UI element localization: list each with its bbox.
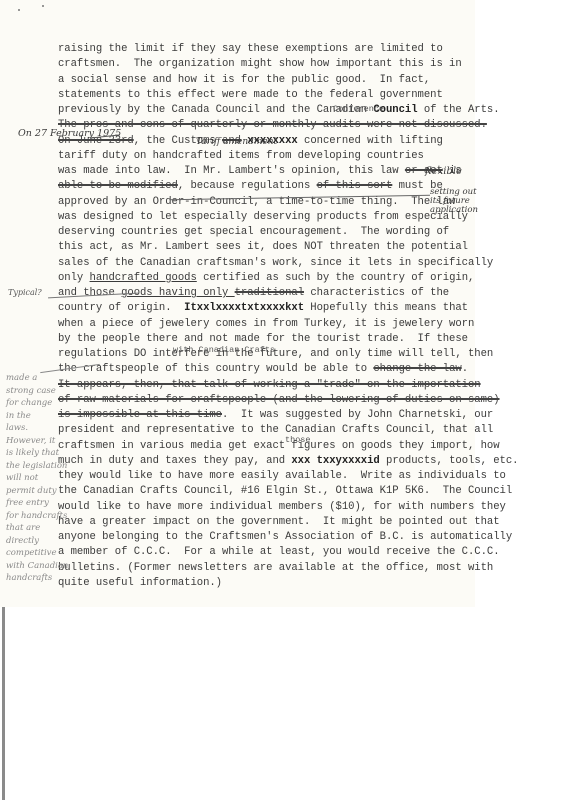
text-segment: a social sense and how it is for the pub… <box>58 74 430 86</box>
text-segment: anyone belonging to the Craftsmen's Asso… <box>58 531 512 543</box>
struck-text: able to be modified <box>58 180 178 192</box>
page-edge-shadow <box>2 607 5 800</box>
typed-line: craftsmen in various media get exact fig… <box>58 439 478 454</box>
text-segment: . <box>462 363 468 375</box>
typed-line: anyone belonging to the Craftsmen's Asso… <box>58 530 478 545</box>
text-segment: was made into law. In Mr. Lambert's opin… <box>58 165 405 177</box>
underlined-text: handcrafted goods <box>90 272 197 284</box>
typed-line: is impossible at this time. It was sugge… <box>58 408 478 423</box>
insertion-those: those <box>285 436 311 445</box>
struck-text: traditional <box>235 287 304 299</box>
text-segment: president and representative to the Cana… <box>58 424 493 436</box>
typed-line: country of origin. Itxxlxxxxtxtxxxxkxt H… <box>58 301 478 316</box>
handwritten-typical-note: Typical? <box>8 288 42 298</box>
speck <box>42 5 44 7</box>
typed-line: craftsmen. The organization might show h… <box>58 57 478 72</box>
text-segment: sales of the Canadian craftsman's work, … <box>58 257 493 269</box>
underlined-text: goods having only <box>121 287 235 299</box>
text-segment: would like to have more individual membe… <box>58 501 506 513</box>
text-segment: much in duty and taxes they pay, and <box>58 455 291 467</box>
text-segment: when a piece of jewelery comes in from T… <box>58 318 474 330</box>
typed-line: much in duty and taxes they pay, and xxx… <box>58 454 478 469</box>
typed-line: able to be modified, because regulations… <box>58 179 478 194</box>
text-segment: of the Arts. <box>418 104 500 116</box>
typed-over-text: xxx <box>291 455 310 467</box>
text-segment: a member of C.C.C. For a while at least,… <box>58 546 500 558</box>
text-segment: concerned with lifting <box>298 135 443 147</box>
typed-line: deserving countries get special encourag… <box>58 225 478 240</box>
text-segment: country of origin. <box>58 302 184 314</box>
typed-body-text: raising the limit if they say these exem… <box>58 42 478 591</box>
text-segment: quite useful information.) <box>58 577 222 589</box>
text-segment: the craftspeople of this country would b… <box>58 363 373 375</box>
typed-line: have a greater impact on the government.… <box>58 515 478 530</box>
text-segment: they would like to have more easily avai… <box>58 470 506 482</box>
typed-line: they would like to have more easily avai… <box>58 469 478 484</box>
typed-line: the craftspeople of this country would b… <box>58 362 478 377</box>
text-segment: deserving countries get special encourag… <box>58 226 449 238</box>
insertion-conference: Conference <box>333 105 384 114</box>
typed-line: tariff duty on handcrafted items from de… <box>58 149 478 164</box>
text-segment: . It was suggested by John Charnetski, o… <box>222 409 493 421</box>
typed-line: It appears, then, that talk of working a… <box>58 378 478 393</box>
struck-text: The pros and cons of quarterly or monthl… <box>58 119 487 131</box>
text-segment: only <box>58 272 90 284</box>
typed-over-text: txxyxxxxid <box>317 455 380 467</box>
text-segment: previously by the Canada Council and the… <box>58 104 373 116</box>
typed-line: the Canadian Crafts Council, #16 Elgin S… <box>58 484 478 499</box>
typed-line: this act, as Mr. Lambert sees it, does N… <box>58 240 478 255</box>
typed-over-text: Itxxlxxxxtxtxxxxkxt <box>184 302 304 314</box>
typed-line: president and representative to the Cana… <box>58 423 478 438</box>
typed-line: would like to have more individual membe… <box>58 500 478 515</box>
text-segment: have a greater impact on the government.… <box>58 516 500 528</box>
typed-line: was designed to let especially deserving… <box>58 210 478 225</box>
text-segment: regulations DO interfere in the future, … <box>58 348 493 360</box>
text-segment: craftsmen. The organization might show h… <box>58 58 462 70</box>
typed-line: quite useful information.) <box>58 576 478 591</box>
text-segment: certified as such by the country of orig… <box>197 272 475 284</box>
handwritten-right-margin-note: setting out its future application <box>430 188 478 215</box>
typed-line: sales of the Canadian craftsman's work, … <box>58 256 478 271</box>
text-segment: , because regulations <box>178 180 317 192</box>
text-segment: characteristics of the <box>304 287 449 299</box>
text-segment: the Canadian Crafts Council, #16 Elgin S… <box>58 485 512 497</box>
handwritten-flexible: flexible <box>425 167 462 177</box>
handwritten-left-margin-note: made a strong case for change in the law… <box>6 372 68 585</box>
typed-line: when a piece of jewelery comes in from T… <box>58 317 478 332</box>
typed-line: a social sense and how it is for the pub… <box>58 73 478 88</box>
typed-line: of raw materials for craftspeople (and t… <box>58 393 478 408</box>
typed-line: was made into law. In Mr. Lambert's opin… <box>58 164 478 179</box>
text-segment: bulletins. (Former newsletters are avail… <box>58 562 493 574</box>
text-segment: by the people there and not made for the… <box>58 333 468 345</box>
struck-text: change the law <box>373 363 461 375</box>
typed-line: previously by the Canada Council and the… <box>58 103 478 118</box>
text-segment: was designed to let especially deserving… <box>58 211 468 223</box>
typed-line: bulletins. (Former newsletters are avail… <box>58 561 478 576</box>
text-segment: raising the limit if they say these exem… <box>58 43 443 55</box>
typed-line: statements to this effect were made to t… <box>58 88 478 103</box>
text-segment: Hopefully this means that <box>304 302 468 314</box>
typed-line: a member of C.C.C. For a while at least,… <box>58 545 478 560</box>
text-segment: craftsmen in various media get exact fig… <box>58 440 500 452</box>
speck <box>18 9 20 11</box>
struck-text: It appears, then, that talk of working a… <box>58 379 481 391</box>
typed-line: raising the limit if they say these exem… <box>58 42 478 57</box>
text-segment: tariff duty on handcrafted items from de… <box>58 150 424 162</box>
text-segment: statements to this effect were made to t… <box>58 89 443 101</box>
handwritten-tariff-amendment: Tariff amendment <box>196 137 277 147</box>
text-segment: this act, as Mr. Lambert sees it, does N… <box>58 241 468 253</box>
struck-text: of this sort <box>317 180 393 192</box>
insertion-with-canadian-crafts: with Canadian Crafts <box>173 346 275 355</box>
struck-text: is impossible at this time <box>58 409 222 421</box>
text-segment: products, tools, etc. <box>380 455 519 467</box>
struck-text: of raw materials for craftspeople (and t… <box>58 394 500 406</box>
handwritten-date-note: On 27 February 1975 <box>18 129 121 139</box>
typed-line: only handcrafted goods certified as such… <box>58 271 478 286</box>
